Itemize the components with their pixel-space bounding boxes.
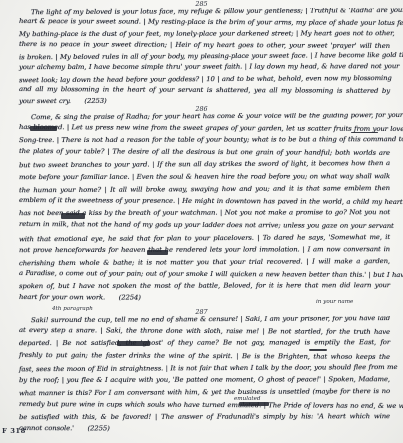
section-number-286: 286 [0, 106, 403, 113]
handwritten-line: cannot console.' (2255) [19, 425, 390, 438]
interlinear-note: in your name [316, 299, 353, 305]
paragraph-285: 285 The light of my beloved is your lotu… [0, 1, 403, 110]
strikethrough-blot [147, 250, 168, 255]
paragraph-287: 287 Saki! surround the cup, tell me no e… [0, 309, 403, 439]
paragraph-286: 286 Come, & sing the praise of Radha; fo… [0, 106, 403, 308]
margin-shelfmark: F 318 [2, 427, 26, 435]
strikethrough-blot [61, 213, 85, 219]
paragraph-286-lines: Come, & sing the praise of Radha; for yo… [0, 113, 403, 308]
section-number-285: 285 [0, 1, 403, 8]
strikethrough-blot [117, 341, 150, 346]
paragraph-285-lines: The light of my beloved is your lotus fa… [0, 8, 403, 110]
manuscript-page: 285 The light of my beloved is your lotu… [0, 0, 403, 443]
interlinear-note: 4th paragraph [52, 306, 93, 312]
strikethrough-blot [30, 126, 57, 131]
paragraph-287-lines: Saki! surround the cup, tell me no end o… [0, 316, 403, 439]
strikethrough-blot [239, 402, 269, 406]
